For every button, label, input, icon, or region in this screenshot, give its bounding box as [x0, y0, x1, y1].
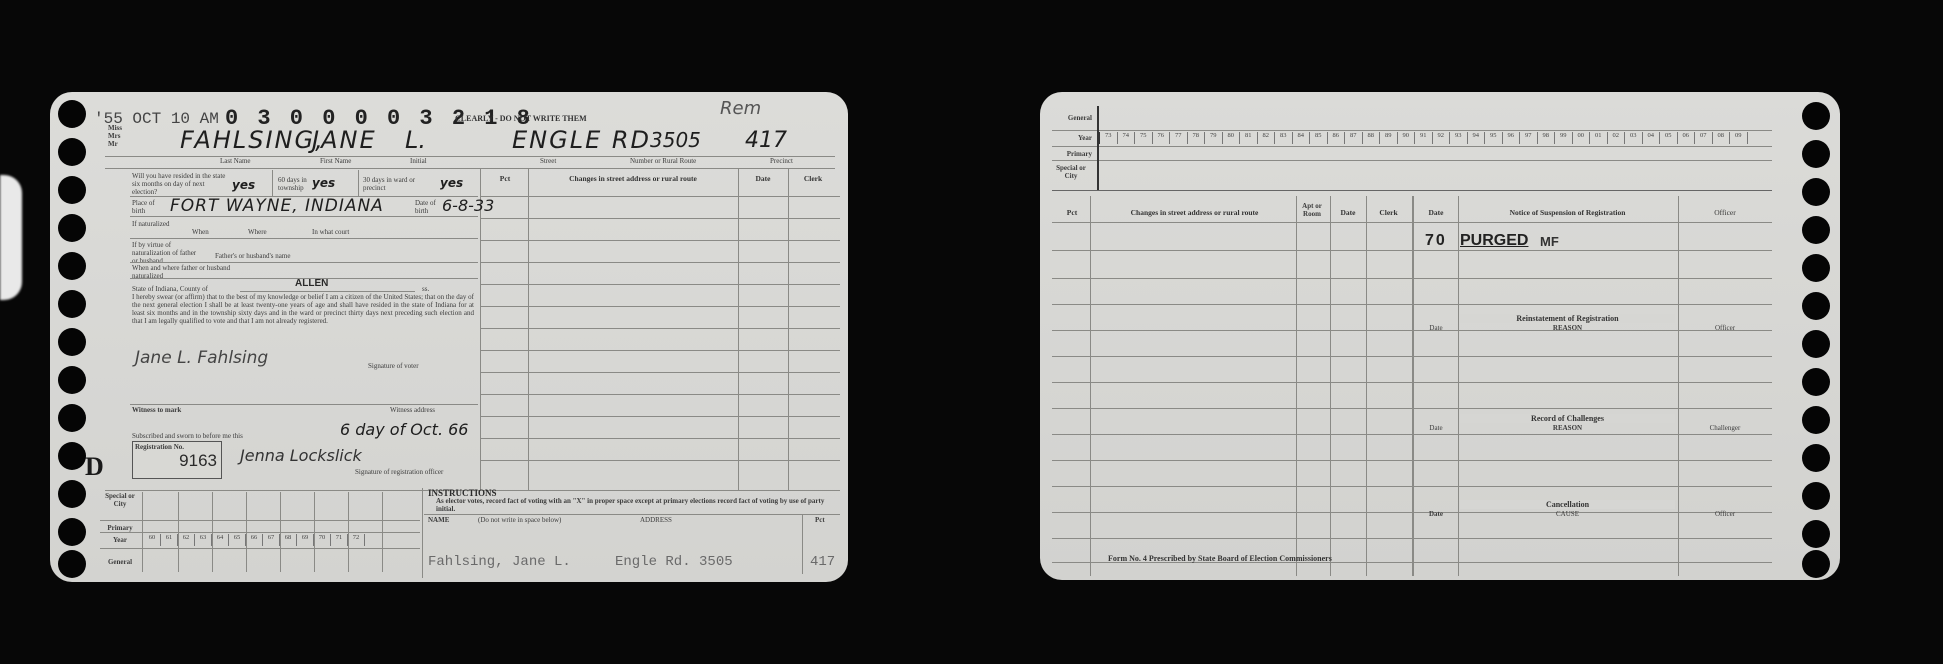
- first-name: JANE: [312, 126, 377, 154]
- number-label: Number or Rural Route: [630, 157, 696, 165]
- col-suspension-officer: Officer: [1680, 208, 1770, 217]
- typed-precinct: 417: [810, 554, 835, 570]
- punch-hole: [1802, 444, 1830, 472]
- oath-text: I hereby swear (or affirm) that to the b…: [132, 293, 474, 325]
- oath-ss: ss.: [422, 285, 429, 293]
- back-year-row: 73 74 75 76 77 78 79 80 81 82 83 84 85 8…: [1098, 132, 1748, 144]
- suspension-initials: MF: [1540, 234, 1559, 249]
- col-suspension-notice: Notice of Suspension of Registration: [1460, 208, 1675, 217]
- cancellation-title: Cancellation: [1460, 500, 1675, 509]
- birth-date: 6-8-33: [442, 196, 494, 215]
- precinct-number: 417: [745, 128, 787, 153]
- col-clerk: Clerk: [1366, 208, 1411, 217]
- suspension-reason: PURGED: [1460, 232, 1528, 250]
- punch-hole: [1802, 550, 1830, 578]
- col-address: ADDRESS: [640, 516, 672, 524]
- suspension-date: 70: [1425, 232, 1447, 250]
- challenges-title: Record of Challenges: [1460, 414, 1675, 423]
- residency-state-question: Will you have resided in the state six m…: [132, 172, 227, 196]
- row-primary: Primary: [1050, 150, 1092, 158]
- witness-address-label: Witness address: [390, 406, 435, 414]
- naturalized-where-label: Where: [248, 228, 267, 236]
- reinstatement-title: Reinstatement of Registration: [1460, 314, 1675, 323]
- punch-hole: [1802, 102, 1830, 130]
- last-name-label: Last Name: [220, 157, 251, 165]
- punch-hole: [58, 290, 86, 318]
- challenges-col-reason: REASON: [1460, 424, 1675, 432]
- col-pct: Pct: [1052, 208, 1092, 217]
- col-date: Date: [1332, 208, 1364, 217]
- punch-hole: [58, 214, 86, 242]
- naturalized-court-label: In what court: [312, 228, 349, 236]
- punch-hole: [58, 404, 86, 432]
- registration-card-front: '55 OCT 10 AM 0 3 0 0 0 0 3 2 1 8 CLEARL…: [50, 92, 848, 582]
- challenges-col-challenger: Challenger: [1680, 424, 1770, 432]
- initial-label: Initial: [410, 157, 427, 165]
- precinct-label: Precinct: [770, 157, 793, 165]
- registration-number-box: Registration No. 9163: [132, 441, 222, 479]
- last-name: FAHLSING,: [180, 126, 325, 154]
- punch-hole: [58, 550, 86, 578]
- birth-date-label: Date of birth: [415, 199, 445, 215]
- row-primary: Primary: [100, 524, 140, 532]
- house-number: 3505: [650, 128, 701, 152]
- punch-hole: [1802, 216, 1830, 244]
- punch-hole: [1802, 178, 1830, 206]
- naturalized-when-label: When: [192, 228, 209, 236]
- typed-name: Fahlsing, Jane L.: [428, 554, 571, 570]
- street-label: Street: [540, 157, 556, 165]
- form-footer: Form No. 4 Prescribed by State Board of …: [1108, 554, 1332, 563]
- col-name: NAME: [428, 516, 449, 524]
- residency-ward-question: 30 days in ward or precinct: [363, 176, 423, 192]
- margin-note: Rem: [720, 98, 761, 119]
- col-changes: Changes in street address or rural route: [530, 174, 736, 183]
- col-changes: Changes in street address or rural route: [1092, 208, 1297, 217]
- punch-hole: [58, 328, 86, 356]
- party-letter: D: [85, 452, 104, 482]
- initial: L.: [405, 126, 426, 154]
- cancellation-col-date: Date: [1414, 510, 1458, 518]
- street: ENGLE RD: [512, 126, 651, 154]
- row-special: Special or City: [100, 492, 140, 508]
- reinstatement-col-date: Date: [1414, 324, 1458, 332]
- birth-place: FORT WAYNE, INDIANA: [170, 196, 384, 216]
- challenges-col-date: Date: [1414, 424, 1458, 432]
- col-date: Date: [740, 174, 786, 183]
- cancellation-col-cause: CAUSE: [1460, 510, 1675, 518]
- officer-signature-label: Signature of registration officer: [355, 468, 443, 476]
- oath-county-label: State of Indiana, County of: [132, 285, 208, 293]
- typed-address: Engle Rd. 3505: [615, 554, 733, 570]
- col-pct: Pct: [483, 174, 527, 183]
- residency-ward-answer: yes: [440, 176, 463, 190]
- scanner-glare: [0, 175, 22, 300]
- punch-hole: [58, 100, 86, 128]
- punch-hole: [1802, 368, 1830, 396]
- row-general: General: [100, 558, 140, 566]
- subscribed-date: 6 day of Oct. 66: [340, 420, 468, 439]
- witness-label: Witness to mark: [132, 406, 181, 414]
- header-instruction: CLEARLY - DO NOT WRITE THEM: [455, 114, 587, 123]
- voter-signature: Jane L. Fahlsing: [135, 348, 268, 368]
- reinstatement-col-reason: REASON: [1460, 324, 1675, 332]
- father-name-label: Father's or husband's name: [215, 252, 290, 260]
- birth-place-label: Place of birth: [132, 199, 162, 215]
- subscribed-label: Subscribed and sworn to before me this: [132, 432, 243, 440]
- cancellation-col-officer: Officer: [1680, 510, 1770, 518]
- punch-hole: [1802, 520, 1830, 548]
- punch-hole: [1802, 406, 1830, 434]
- naturalized-label: If naturalized: [132, 220, 172, 228]
- punch-hole: [1802, 482, 1830, 510]
- punch-hole: [58, 252, 86, 280]
- first-name-label: First Name: [320, 157, 351, 165]
- punch-hole: [1802, 292, 1830, 320]
- officer-signature: Jenna Lockslick: [240, 446, 362, 465]
- punch-hole: [58, 176, 86, 204]
- punch-hole: [1802, 330, 1830, 358]
- punch-hole: [1802, 140, 1830, 168]
- title-prefixes: Miss Mrs Mr: [108, 124, 122, 148]
- col-pct-bottom: Pct: [815, 516, 825, 524]
- residency-state-answer: yes: [232, 178, 255, 192]
- punch-hole: [58, 366, 86, 394]
- col-suspension-date: Date: [1414, 208, 1458, 217]
- punch-hole: [1802, 254, 1830, 282]
- registration-number: 9163: [133, 451, 221, 471]
- row-special: Special or City: [1050, 164, 1092, 180]
- row-year: Year: [100, 536, 140, 544]
- punch-hole: [58, 518, 86, 546]
- instructions-text: As elector votes, record fact of voting …: [436, 497, 836, 513]
- punch-hole: [58, 138, 86, 166]
- punch-hole: [58, 480, 86, 508]
- col-apt: Apt or Room: [1297, 202, 1327, 218]
- row-general: General: [1050, 114, 1092, 122]
- reinstatement-col-officer: Officer: [1680, 324, 1770, 332]
- col-clerk: Clerk: [790, 174, 836, 183]
- punch-hole: [58, 442, 86, 470]
- oath-county: ALLEN: [295, 278, 328, 289]
- registration-card-back: General Year 73 74 75 76 77 78 79 80 81 …: [1040, 92, 1840, 580]
- col-note: (Do not write in space below): [478, 516, 561, 524]
- voter-signature-label: Signature of voter: [368, 362, 419, 370]
- residency-township-answer: yes: [312, 176, 335, 190]
- row-year: Year: [1050, 134, 1092, 142]
